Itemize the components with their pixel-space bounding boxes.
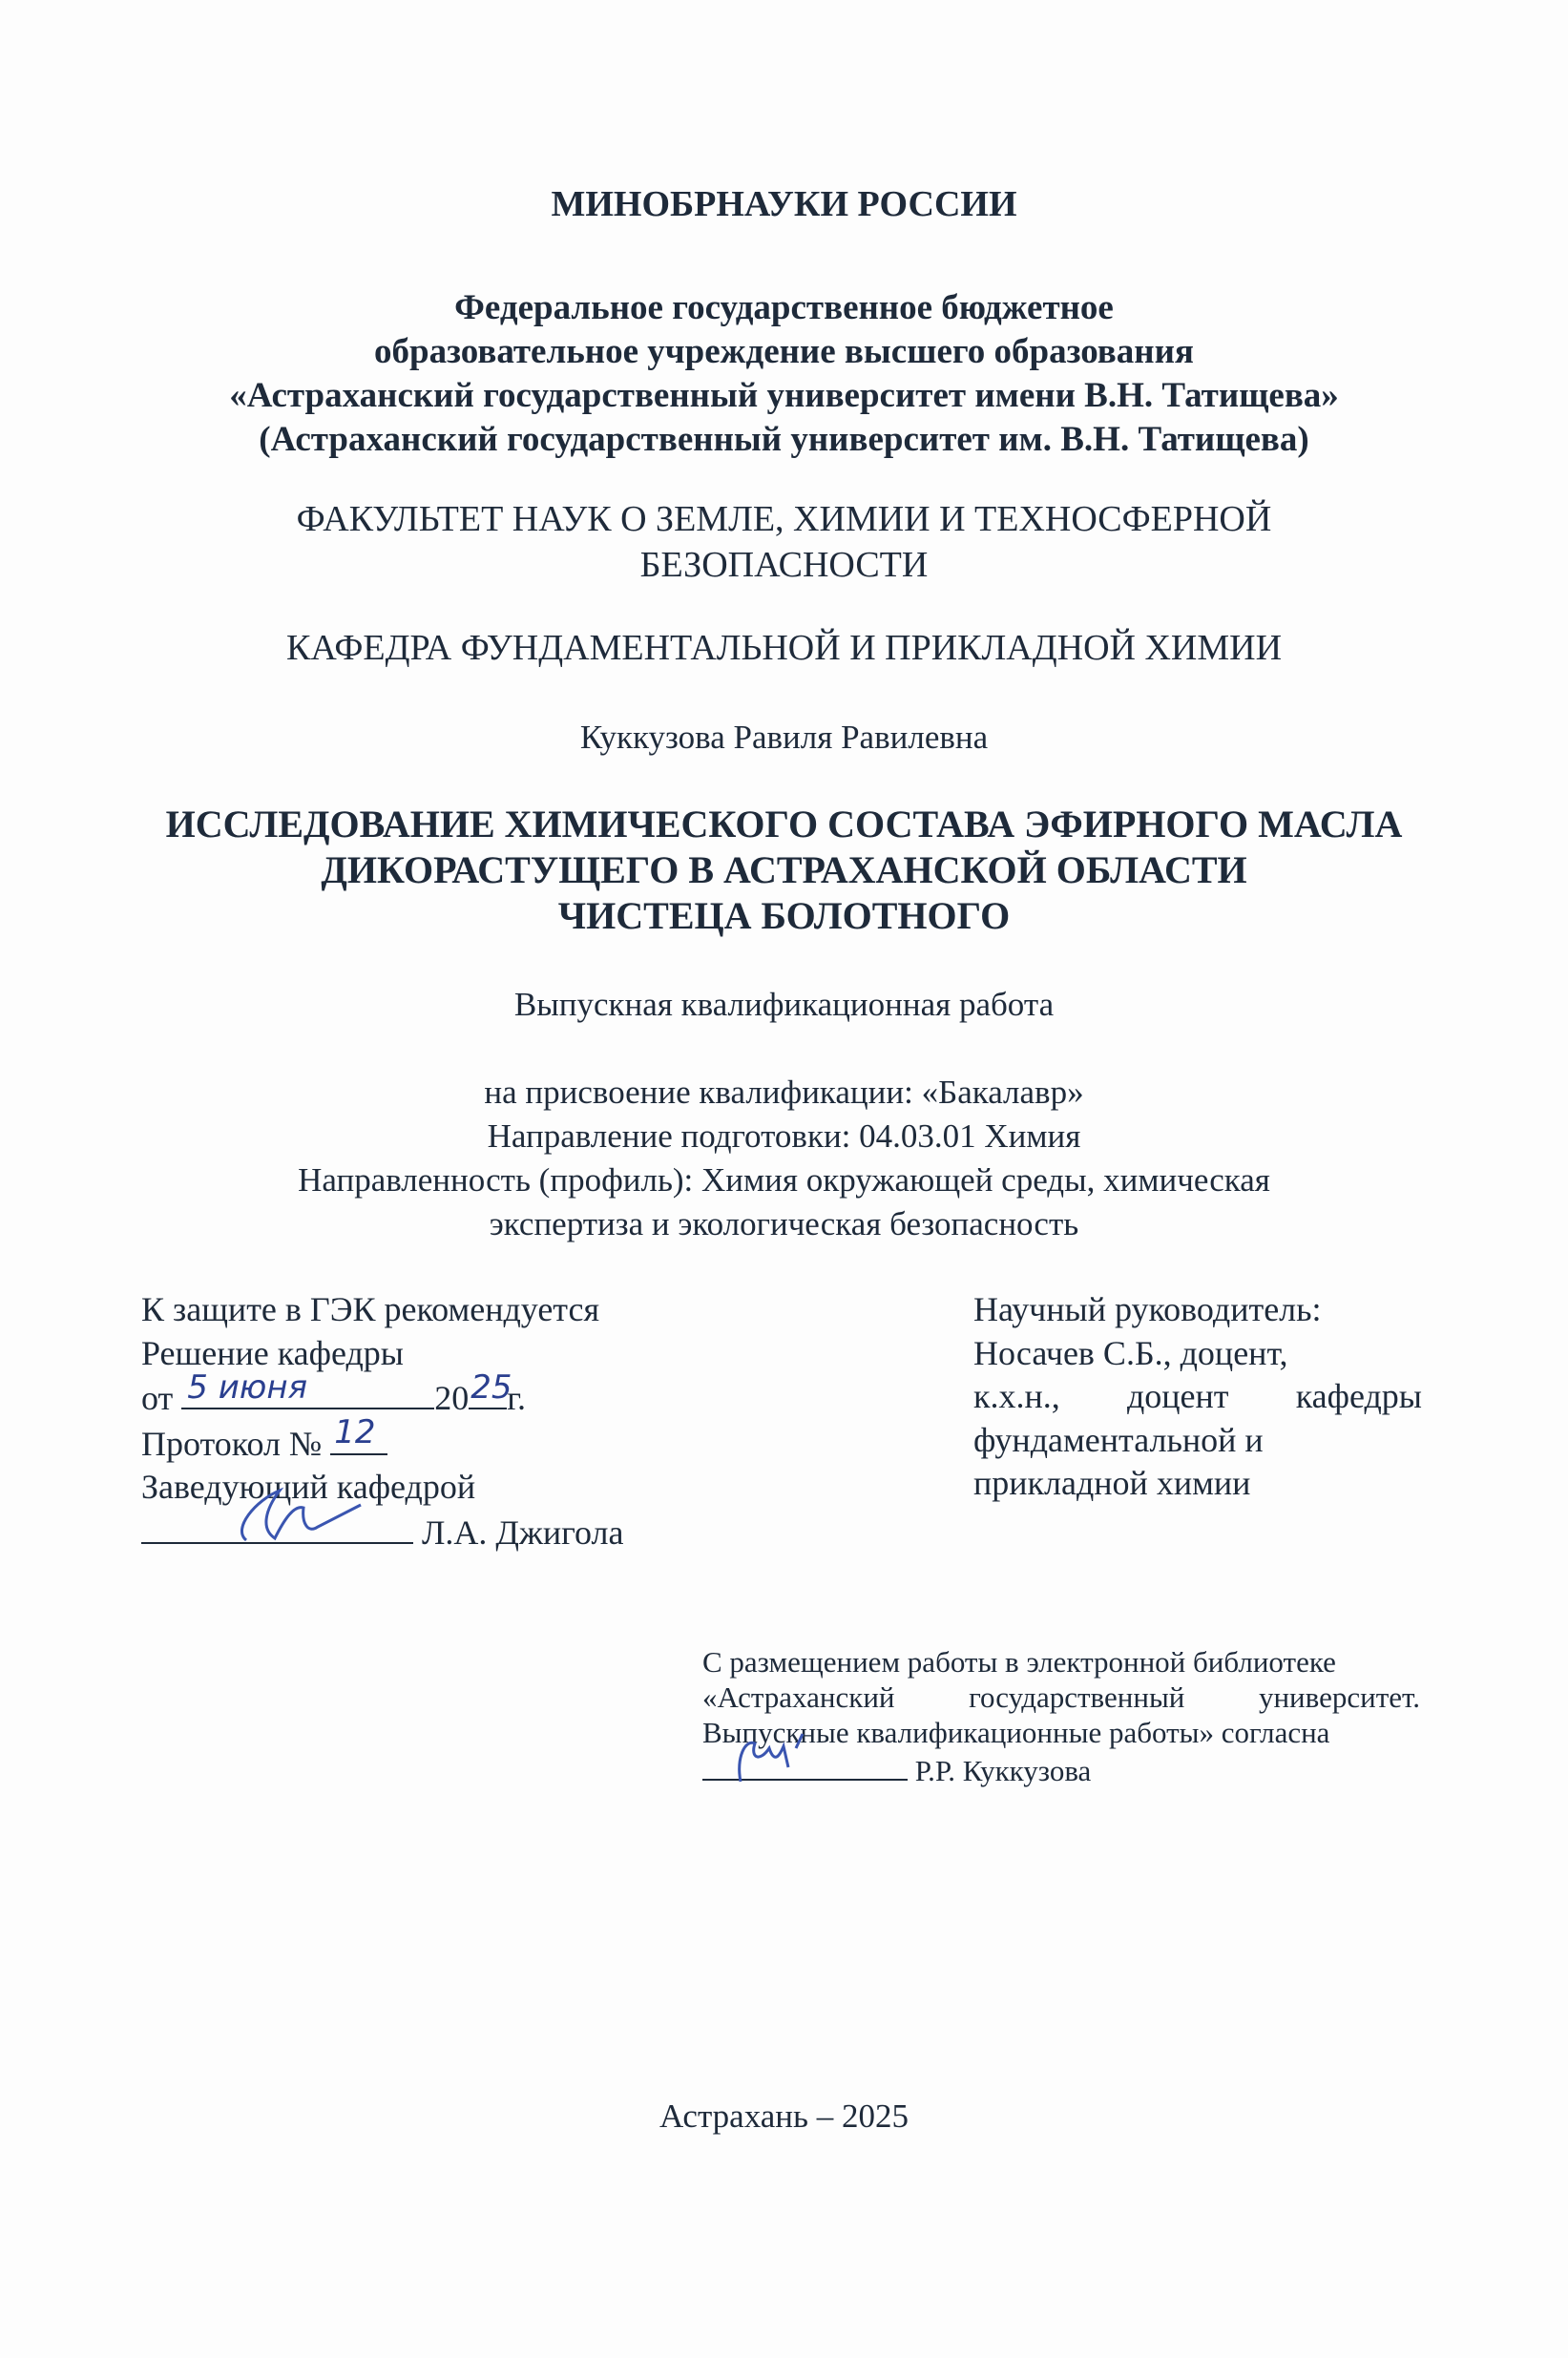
qualification-line: экспертиза и экологическая безопасность <box>0 1202 1568 1246</box>
faculty-name: ФАКУЛЬТЕТ НАУК О ЗЕМЛЕ, ХИМИИ И ТЕХНОСФЕ… <box>0 496 1568 588</box>
protocol-line: Протокол № 12 <box>141 1421 676 1467</box>
supervisor-department: прикладной химии <box>973 1462 1422 1506</box>
word: университет. <box>1259 1680 1420 1715</box>
consent-line: «Астраханский государственный университе… <box>702 1680 1420 1715</box>
title-line: ДИКОРАСТУЩЕГО В АСТРАХАНСКОЙ ОБЛАСТИ <box>0 847 1568 893</box>
thesis-title: ИССЛЕДОВАНИЕ ХИМИЧЕСКОГО СОСТАВА ЭФИРНОГ… <box>0 802 1568 939</box>
institution-line: образовательное учреждение высшего образ… <box>0 330 1568 374</box>
work-type: Выпускная квалификационная работа <box>0 983 1568 1027</box>
handwritten-protocol: 12 <box>334 1411 375 1455</box>
signature-icon <box>227 1481 370 1548</box>
year-prefix: 20 <box>434 1379 469 1417</box>
author-name: Куккузова Равиля Равилевна <box>0 716 1568 760</box>
title-line: ИССЛЕДОВАНИЕ ХИМИЧЕСКОГО СОСТАВА ЭФИРНОГ… <box>0 802 1568 847</box>
library-consent: С размещением работы в электронной библи… <box>702 1644 1420 1788</box>
qualification-line: на присвоение квалификации: «Бакалавр» <box>0 1071 1568 1115</box>
protocol-label: Протокол № <box>141 1425 322 1463</box>
supervisor-degree: к.х.н., доцент кафедры <box>973 1375 1422 1419</box>
handwritten-date: 5 июня <box>187 1367 307 1410</box>
faculty-line: ФАКУЛЬТЕТ НАУК О ЗЕМЛЕ, ХИМИИ И ТЕХНОСФЕ… <box>0 496 1568 542</box>
signer-name: Р.Р. Куккузова <box>915 1754 1092 1787</box>
faculty-line: БЕЗОПАСНОСТИ <box>0 542 1568 588</box>
supervisor-name: Носачев С.Б., доцент, <box>973 1332 1422 1376</box>
word: кафедры <box>1296 1375 1422 1419</box>
word: «Астраханский <box>702 1680 895 1715</box>
institution-name: Федеральное государственное бюджетное об… <box>0 286 1568 462</box>
year-field: 25 <box>469 1375 507 1409</box>
signature-field <box>141 1510 413 1544</box>
head-signature-line: Л.А. Джигола <box>141 1510 676 1555</box>
signature-icon <box>721 1729 826 1786</box>
supervisor-label: Научный руководитель: <box>973 1288 1422 1332</box>
institution-line: (Астраханский государственный университе… <box>0 418 1568 462</box>
institution-line: Федеральное государственное бюджетное <box>0 286 1568 330</box>
word: доцент <box>1127 1375 1229 1419</box>
date-field: 5 июня <box>181 1375 434 1409</box>
ministry-heading: МИНОБРНАУКИ РОССИИ <box>0 181 1568 227</box>
decision-date: от 5 июня2025г. <box>141 1375 676 1421</box>
handwritten-year: 25 <box>470 1367 512 1410</box>
qualification-info: на присвоение квалификации: «Бакалавр» Н… <box>0 1071 1568 1246</box>
head-label: Заведующий кафедрой <box>141 1466 676 1510</box>
consent-line: С размещением работы в электронной библи… <box>702 1644 1420 1680</box>
city-year: Астрахань – 2025 <box>0 2095 1568 2139</box>
qualification-line: Направление подготовки: 04.03.01 Химия <box>0 1115 1568 1158</box>
institution-line: «Астраханский государственный университе… <box>0 374 1568 418</box>
consent-signature-line: Р.Р. Куккузова <box>702 1750 1420 1788</box>
head-name: Л.А. Джигола <box>422 1513 623 1552</box>
date-prefix: от <box>141 1379 173 1417</box>
title-line: ЧИСТЕЦА БОЛОТНОГО <box>0 893 1568 939</box>
signature-field <box>702 1750 908 1781</box>
defense-line: К защите в ГЭК рекомендуется <box>141 1288 676 1332</box>
word: государственный <box>969 1680 1184 1715</box>
supervisor-block: Научный руководитель: Носачев С.Б., доце… <box>973 1288 1422 1506</box>
protocol-field: 12 <box>330 1421 387 1455</box>
word: к.х.н., <box>973 1375 1060 1419</box>
defense-recommendation: К защите в ГЭК рекомендуется Решение каф… <box>141 1288 676 1555</box>
supervisor-department: фундаментальной и <box>973 1419 1422 1463</box>
department-name: КАФЕДРА ФУНДАМЕНТАЛЬНОЙ И ПРИКЛАДНОЙ ХИМ… <box>0 625 1568 671</box>
qualification-line: Направленность (профиль): Химия окружающ… <box>0 1158 1568 1202</box>
